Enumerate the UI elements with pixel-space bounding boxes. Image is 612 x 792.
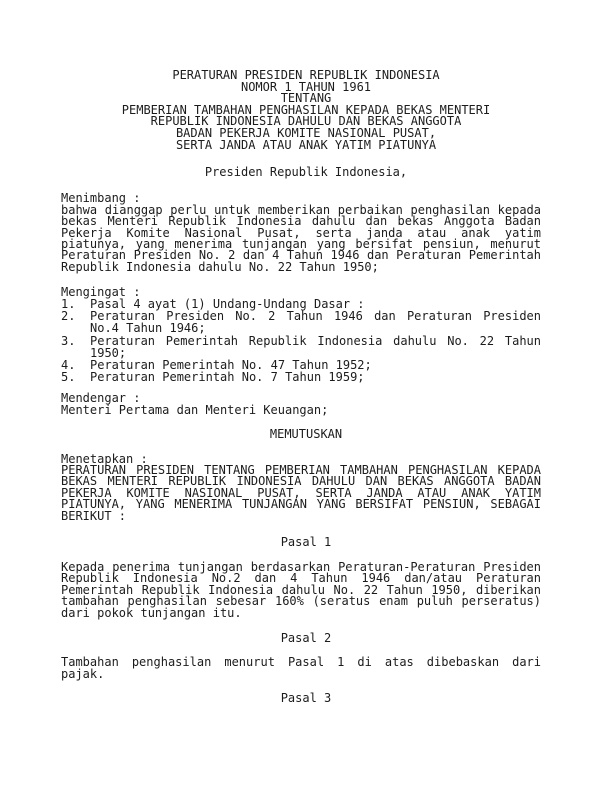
list-item-number: 5. — [61, 371, 90, 383]
list-item: 2. Peraturan Presiden No. 2 Tahun 1946 d… — [61, 310, 541, 334]
salutation-line: Presiden Republik Indonesia, — [61, 167, 551, 178]
title-block: PERATURAN PRESIDEN REPUBLIK INDONESIA NO… — [61, 70, 541, 151]
paragraph-line: pajak. — [61, 669, 541, 680]
paragraph-line: BERIKUT : — [61, 511, 541, 522]
list-item-line: Peraturan Pemerintah Republik Indonesia … — [90, 335, 541, 347]
document-content: PERATURAN PRESIDEN REPUBLIK INDONESIA NO… — [61, 70, 541, 705]
list-item-line: Peraturan Pemerintah No. 7 Tahun 1959; — [90, 371, 541, 383]
pasal-2-body: Tambahan penghasilan menurut Pasal 1 di … — [61, 657, 541, 680]
pasal-2-heading: Pasal 2 — [61, 633, 551, 644]
pasal-1-body: Kepada penerima tunjangan berdasarkan Pe… — [61, 562, 541, 619]
list-item-line: 1950; — [90, 347, 541, 359]
section-mendengar: Mendengar : Menteri Pertama dan Menteri … — [61, 393, 541, 416]
paragraph-line: Tambahan penghasilan menurut Pasal 1 di … — [61, 657, 541, 668]
paragraph-line: Republik Indonesia dahulu No. 22 Tahun 1… — [61, 262, 541, 273]
list-item-number: 2. — [61, 310, 90, 334]
paragraph-line: Menteri Pertama dan Menteri Keuangan; — [61, 405, 541, 416]
section-menetapkan: Menetapkan : PERATURAN PRESIDEN TENTANG … — [61, 454, 541, 522]
section-menimbang: Menimbang : bahwa dianggap perlu untuk m… — [61, 193, 541, 273]
title-line: SERTA JANDA ATAU ANAK YATIM PIATUNYA — [61, 140, 551, 152]
pasal-1-heading: Pasal 1 — [61, 537, 551, 548]
list-item: 5. Peraturan Pemerintah No. 7 Tahun 1959… — [61, 371, 541, 383]
document-page: PERATURAN PRESIDEN REPUBLIK INDONESIA NO… — [0, 0, 612, 792]
list-item: 3. Peraturan Pemerintah Republik Indones… — [61, 335, 541, 359]
memutuskan-heading: MEMUTUSKAN — [61, 429, 551, 440]
list-item-number: 3. — [61, 335, 90, 359]
paragraph-line: PIATUNYA, YANG MENERIMA TUNJANGAN YANG B… — [61, 499, 541, 510]
section-mengingat: Mengingat : 1. Pasal 4 ayat (1) Undang-U… — [61, 286, 541, 383]
paragraph-line: dari pokok tunjangan itu. — [61, 608, 541, 619]
list-item-line: No.4 Tahun 1946; — [90, 322, 541, 334]
pasal-3-heading: Pasal 3 — [61, 693, 551, 704]
